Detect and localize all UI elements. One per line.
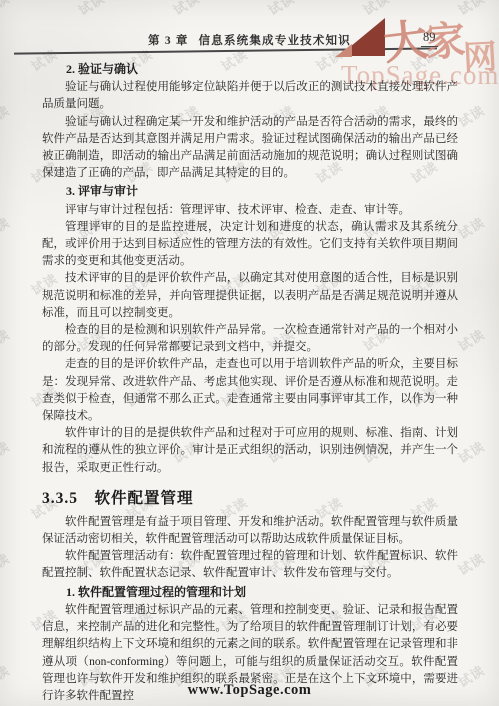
sub-heading: 1. 软件配置管理过程的管理和计划 — [42, 584, 458, 601]
trial-stamp-watermark: 试读 — [0, 436, 13, 467]
trial-stamp-watermark: 试读 — [169, 0, 203, 19]
page-number: 89 — [421, 30, 438, 47]
paragraph: 管理评审的目的是监控进展，决定计划和进度的状态，确认需求及其系统分配，或评价用于… — [42, 219, 458, 271]
trial-stamp-watermark: 试读 — [0, 212, 13, 243]
footer-url: www.TopSage.com — [0, 682, 499, 699]
chapter-title: 信息系统集成专业技术知识 — [199, 35, 351, 47]
trial-stamp-watermark: 试读 — [0, 0, 13, 19]
paragraph: 技术评审的目的是评价软件产品，以确定其对使用意图的适合性，目标是识别规范说明和标… — [42, 270, 458, 322]
trial-stamp-watermark: 试读 — [454, 548, 488, 579]
trial-stamp-watermark: 试读 — [0, 100, 13, 131]
trial-stamp-watermark: 试读 — [454, 436, 488, 467]
chapter-label: 第 3 章 — [148, 35, 189, 47]
paragraph: 走查的目的是评价软件产品，走查也可以用于培训软件产品的听众，主要目标是：发现异常… — [42, 356, 458, 425]
section-heading: 3.3.5 软件配置管理 — [42, 486, 458, 508]
trial-stamp-watermark: 试读 — [454, 324, 488, 355]
paragraph: 软件配置管理活动有：软件配置管理过程的管理和计划、软件配置标识、软件配置控制、软… — [42, 548, 458, 582]
paragraph: 检查的目的是检测和识别软件产品异常。一次检查通常针对产品的一个相对小的部分。发现… — [42, 322, 458, 356]
trial-stamp-watermark: 试读 — [264, 0, 298, 19]
trial-stamp-watermark: 试读 — [0, 548, 13, 579]
paragraph: 软件审计的目的是提供软件产品和过程对于可应用的规则、标准、指南、计划和流程的遵从… — [42, 425, 458, 477]
trial-stamp-watermark: 试读 — [74, 0, 108, 19]
sub-heading: 3. 评审与审计 — [42, 183, 458, 200]
trial-stamp-watermark: 试读 — [454, 100, 488, 131]
trial-stamp-watermark: 试读 — [0, 324, 13, 355]
trial-stamp-watermark: 试读 — [454, 212, 488, 243]
paragraph: 软件配置管理是有益于项目管理、开发和维护活动。软件配置管理与软件质量保证活动密切… — [42, 514, 458, 548]
paragraph: 评审与审计过程包括：管理评审、技术评审、检查、走查、审计等。 — [42, 202, 458, 219]
paragraph: 验证与确认过程确定某一开发和维护活动的产品是否符合活动的需求，最终的软件产品是否… — [42, 114, 458, 183]
logo-brand-char: 网 — [462, 29, 499, 80]
topsage-logo: 大 家 网 — [339, 8, 499, 88]
content-blocks: 2. 验证与确认验证与确认过程使用能够定位缺陷并便于以后改正的测试技术直接处理软… — [42, 60, 458, 705]
